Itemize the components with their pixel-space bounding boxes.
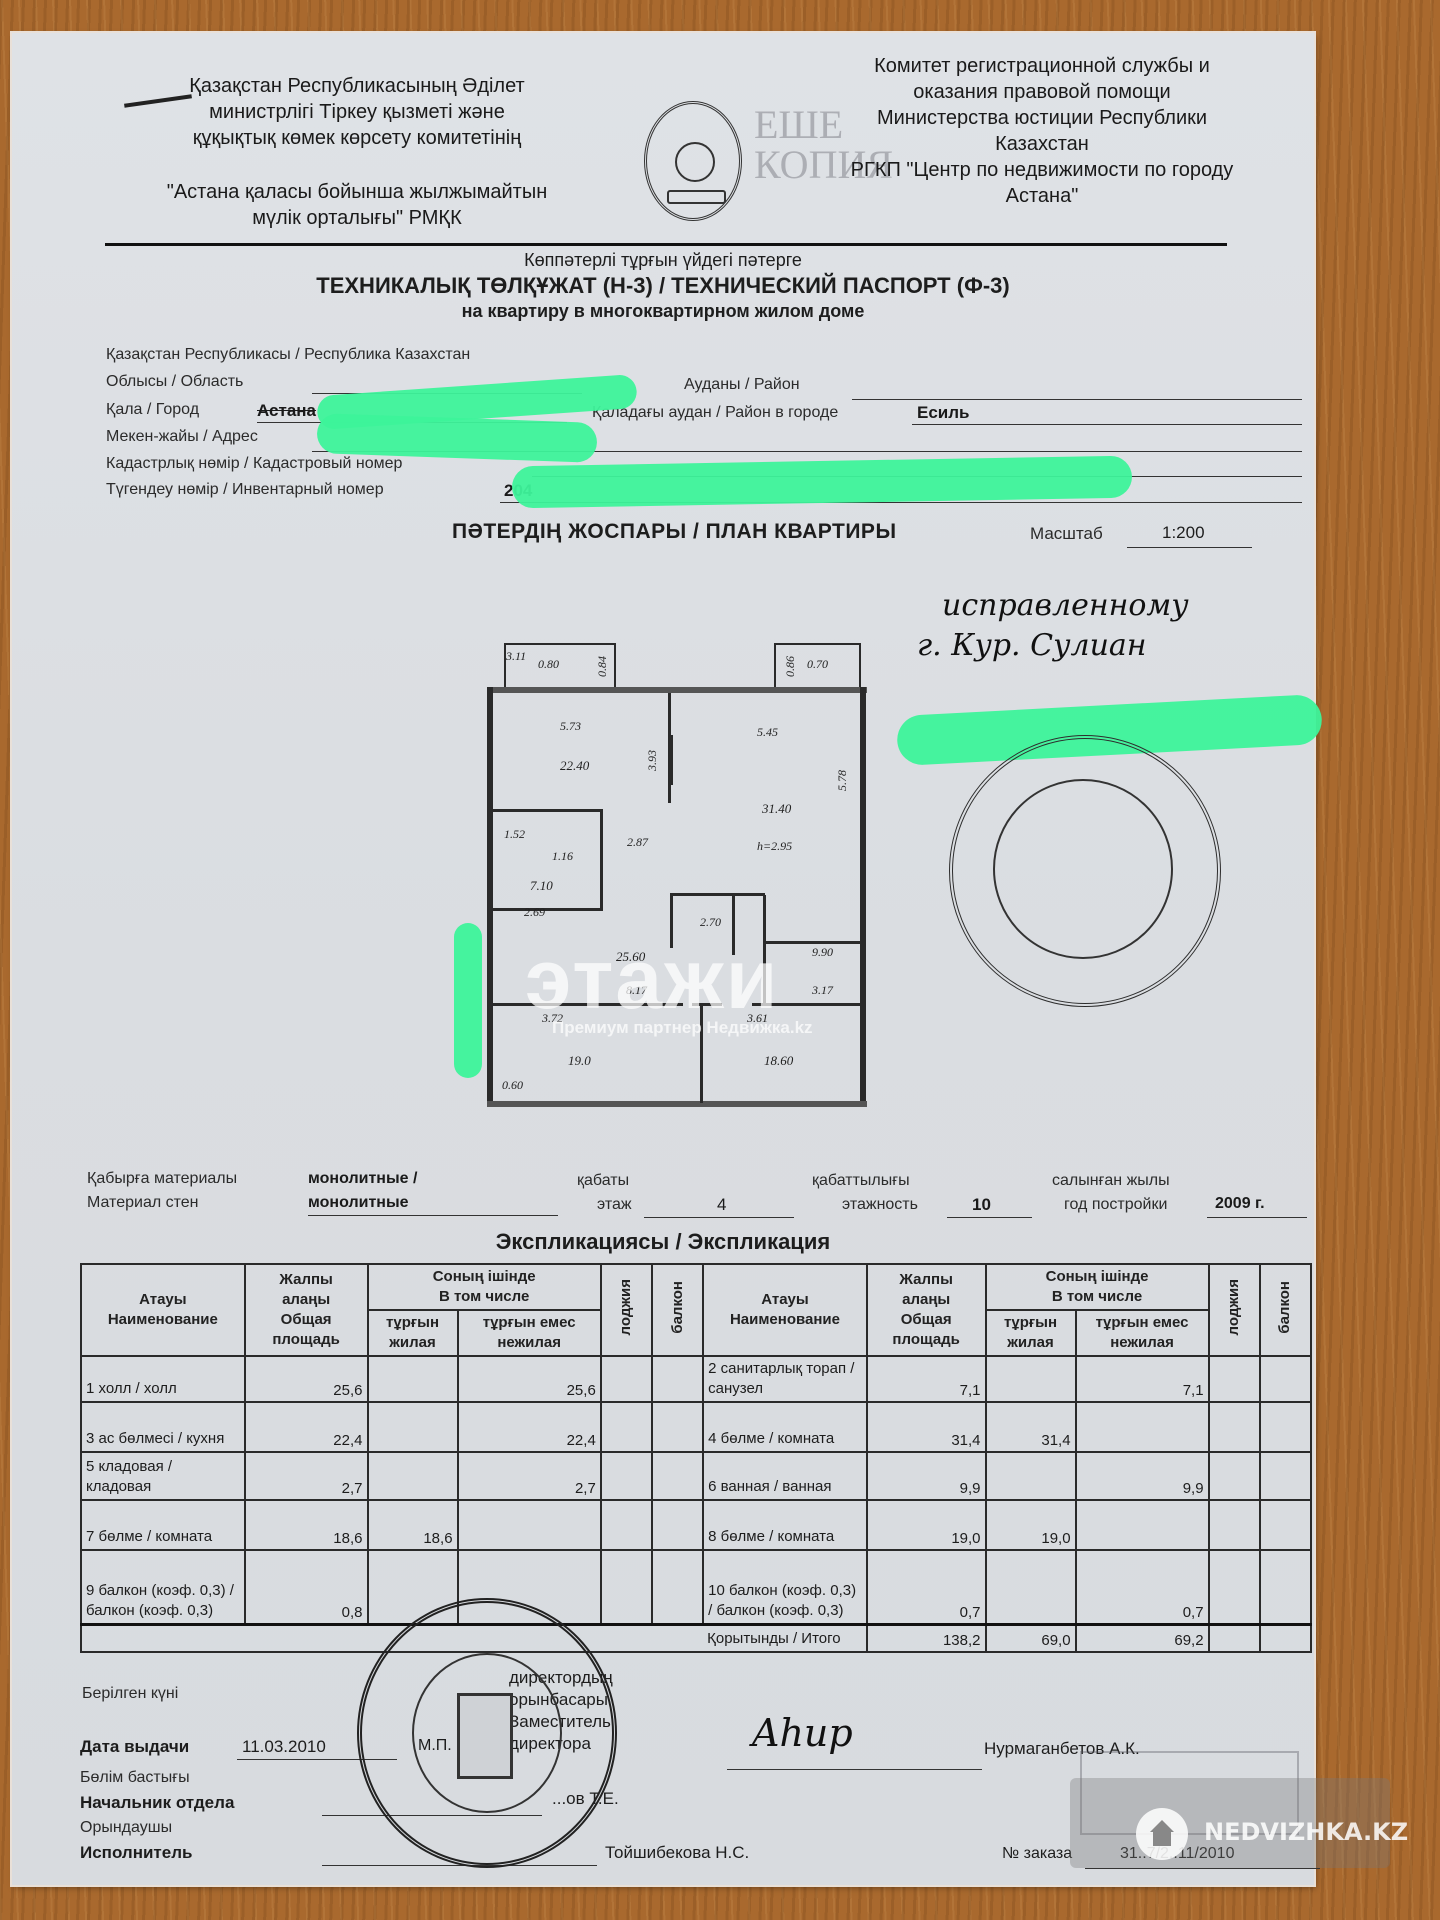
table-row: 5 кладовая / кладовая2,72,7 6 ванная / в… (81, 1452, 1311, 1500)
etazhi-watermark-logo: этажи (525, 931, 779, 1028)
issued-date: 11.03.2010 (242, 1737, 326, 1757)
scale-value: 1:200 (1162, 523, 1205, 543)
republic-label: Қазақстан Республикасы / Республика Каза… (106, 346, 470, 364)
issued-label-ru: Дата выдачи (80, 1737, 189, 1757)
nedvizhka-watermark-text: NEDVIZHKA.KZ (1204, 1818, 1408, 1846)
header-left-org-line: мүлік орталығы" РМҚК (107, 205, 607, 231)
redaction-mark (512, 456, 1133, 509)
table-row: 3 ас бөлмесі / кухня22,422,4 4 бөлме / к… (81, 1402, 1311, 1452)
inventory-label: Түгендеу нөмір / Инвентарный номер (106, 481, 384, 499)
address-label: Мекен-жайы / Адрес (106, 428, 258, 446)
year-label-kz: салынған жылы (1052, 1172, 1170, 1190)
header-left-org-line: "Астана қаласы бойынша жылжымайтын (107, 179, 607, 205)
head-label-kz: Бөлім бастығы (80, 1769, 190, 1787)
table-header-row: АтауыНаименование ЖалпыалаңыОбщаяплощадь… (81, 1264, 1311, 1310)
redaction-mark (454, 923, 482, 1078)
header-left-line: министрлігі Тіркеу қызметі және (107, 99, 607, 125)
head-label-ru: Начальник отдела (80, 1793, 234, 1813)
table-row: 9 балкон (коэф. 0,3) / балкон (коэф. 0,3… (81, 1550, 1311, 1624)
wall-material-value: монолитные / (308, 1170, 417, 1188)
etazhi-watermark-subtitle: Премиум партнер Недвижка.kz (552, 1018, 813, 1038)
floors-value: 10 (972, 1195, 991, 1215)
official-round-stamp (949, 735, 1221, 1007)
wall-material-value: монолитные (308, 1194, 409, 1212)
header-right-committee: Комитет регистрационной службы и оказани… (782, 53, 1302, 209)
header-right-line: оказания правовой помощи (782, 79, 1302, 105)
header-left-line: құқықтық көмек көрсету комитетінің (107, 125, 607, 151)
document-title: Көппәтерлі тұрғын үйдегі пәтерге ТЕХНИКА… (12, 250, 1314, 322)
title-line-3: на квартиру в многоквартирном жилом доме (12, 301, 1314, 322)
order-number-label: № заказа (1002, 1845, 1072, 1863)
cadastral-label: Кадастрлық нөмір / Кадастровый номер (106, 455, 402, 473)
table-total-row: Қорытынды / Итого 138,2 69,0 69,2 (81, 1624, 1311, 1652)
city-district-value: Есиль (917, 403, 970, 423)
scale-label: Масштаб (1030, 524, 1103, 544)
exec-label-ru: Исполнитель (80, 1843, 192, 1863)
explication-title: Экспликациясы / Экспликация (12, 1229, 1314, 1255)
handwritten-note: исправленному (942, 588, 1189, 623)
total-living: 69,0 (986, 1624, 1076, 1652)
exec-label-kz: Орындаушы (80, 1819, 172, 1837)
plan-title: ПӘТЕРДІҢ ЖОСПАРЫ / ПЛАН КВАРТИРЫ (452, 520, 897, 544)
header-right-line: Комитет регистрационной службы и (782, 53, 1302, 79)
total-nonliving: 69,2 (1076, 1624, 1209, 1652)
total-label: Қорытынды / Итого (703, 1624, 867, 1652)
header-right-line: Казахстан (782, 131, 1302, 157)
floor-label-kz: қабаты (577, 1172, 629, 1190)
explication-table: АтауыНаименование ЖалпыалаңыОбщаяплощадь… (80, 1263, 1312, 1653)
floor-value: 4 (717, 1195, 726, 1215)
header-right-line: Министерства юстиции Республики (782, 105, 1302, 131)
floors-label-ru: этажность (842, 1196, 918, 1214)
header-right-org-line: РГКП "Центр по недвижимости по городу (782, 157, 1302, 183)
deputy-signature: Ahup (752, 1711, 853, 1755)
city-district-label: Қаладағы аудан / Район в городе (592, 404, 838, 422)
table-row: 1 холл / холл25,625,6 2 санитарлық торап… (81, 1356, 1311, 1402)
title-line-2: ТЕХНИКАЛЫҚ ТӨЛҚҰЖАТ (Н-3) / ТЕХНИЧЕСКИЙ … (12, 273, 1314, 299)
header-right-org-line: Астана" (782, 183, 1302, 209)
header-left-org: "Астана қаласы бойынша жылжымайтын мүлік… (107, 179, 607, 231)
house-icon (1136, 1808, 1188, 1860)
exec-name: Тойшибекова Н.С. (605, 1843, 749, 1863)
district-label: Ауданы / Район (684, 376, 800, 394)
wall-material-label-kz: Қабырға материалы (87, 1170, 237, 1188)
title-line-1: Көппәтерлі тұрғын үйдегі пәтерге (12, 250, 1314, 271)
floors-label-kz: қабаттылығы (812, 1172, 910, 1190)
handwritten-note: г. Кур. Сулиан (917, 628, 1147, 663)
region-label: Облысы / Область (106, 373, 243, 391)
issued-label-kz: Берілген күні (82, 1685, 178, 1703)
year-value: 2009 г. (1215, 1195, 1265, 1213)
header-divider (105, 243, 1227, 246)
city-value: Астана (257, 401, 316, 421)
floor-plan-drawing: 3.11 0.80 0.84 0.86 0.70 5.73 22.40 3.93… (482, 643, 882, 1113)
kazakhstan-state-emblem-icon (644, 101, 742, 221)
total-area: 138,2 (867, 1624, 986, 1652)
city-label: Қала / Город (106, 401, 199, 419)
header-left-ministry: Қазақстан Республикасының Әділет министр… (107, 73, 607, 151)
table-row: 7 бөлме / комната18,618,6 8 бөлме / комн… (81, 1500, 1311, 1550)
floor-label-ru: этаж (597, 1196, 632, 1214)
wall-material-label-ru: Материал стен (87, 1194, 199, 1212)
official-round-stamp (357, 1598, 617, 1868)
technical-passport-document: Қазақстан Республикасының Әділет министр… (12, 33, 1314, 1885)
year-label-ru: год постройки (1064, 1196, 1167, 1214)
